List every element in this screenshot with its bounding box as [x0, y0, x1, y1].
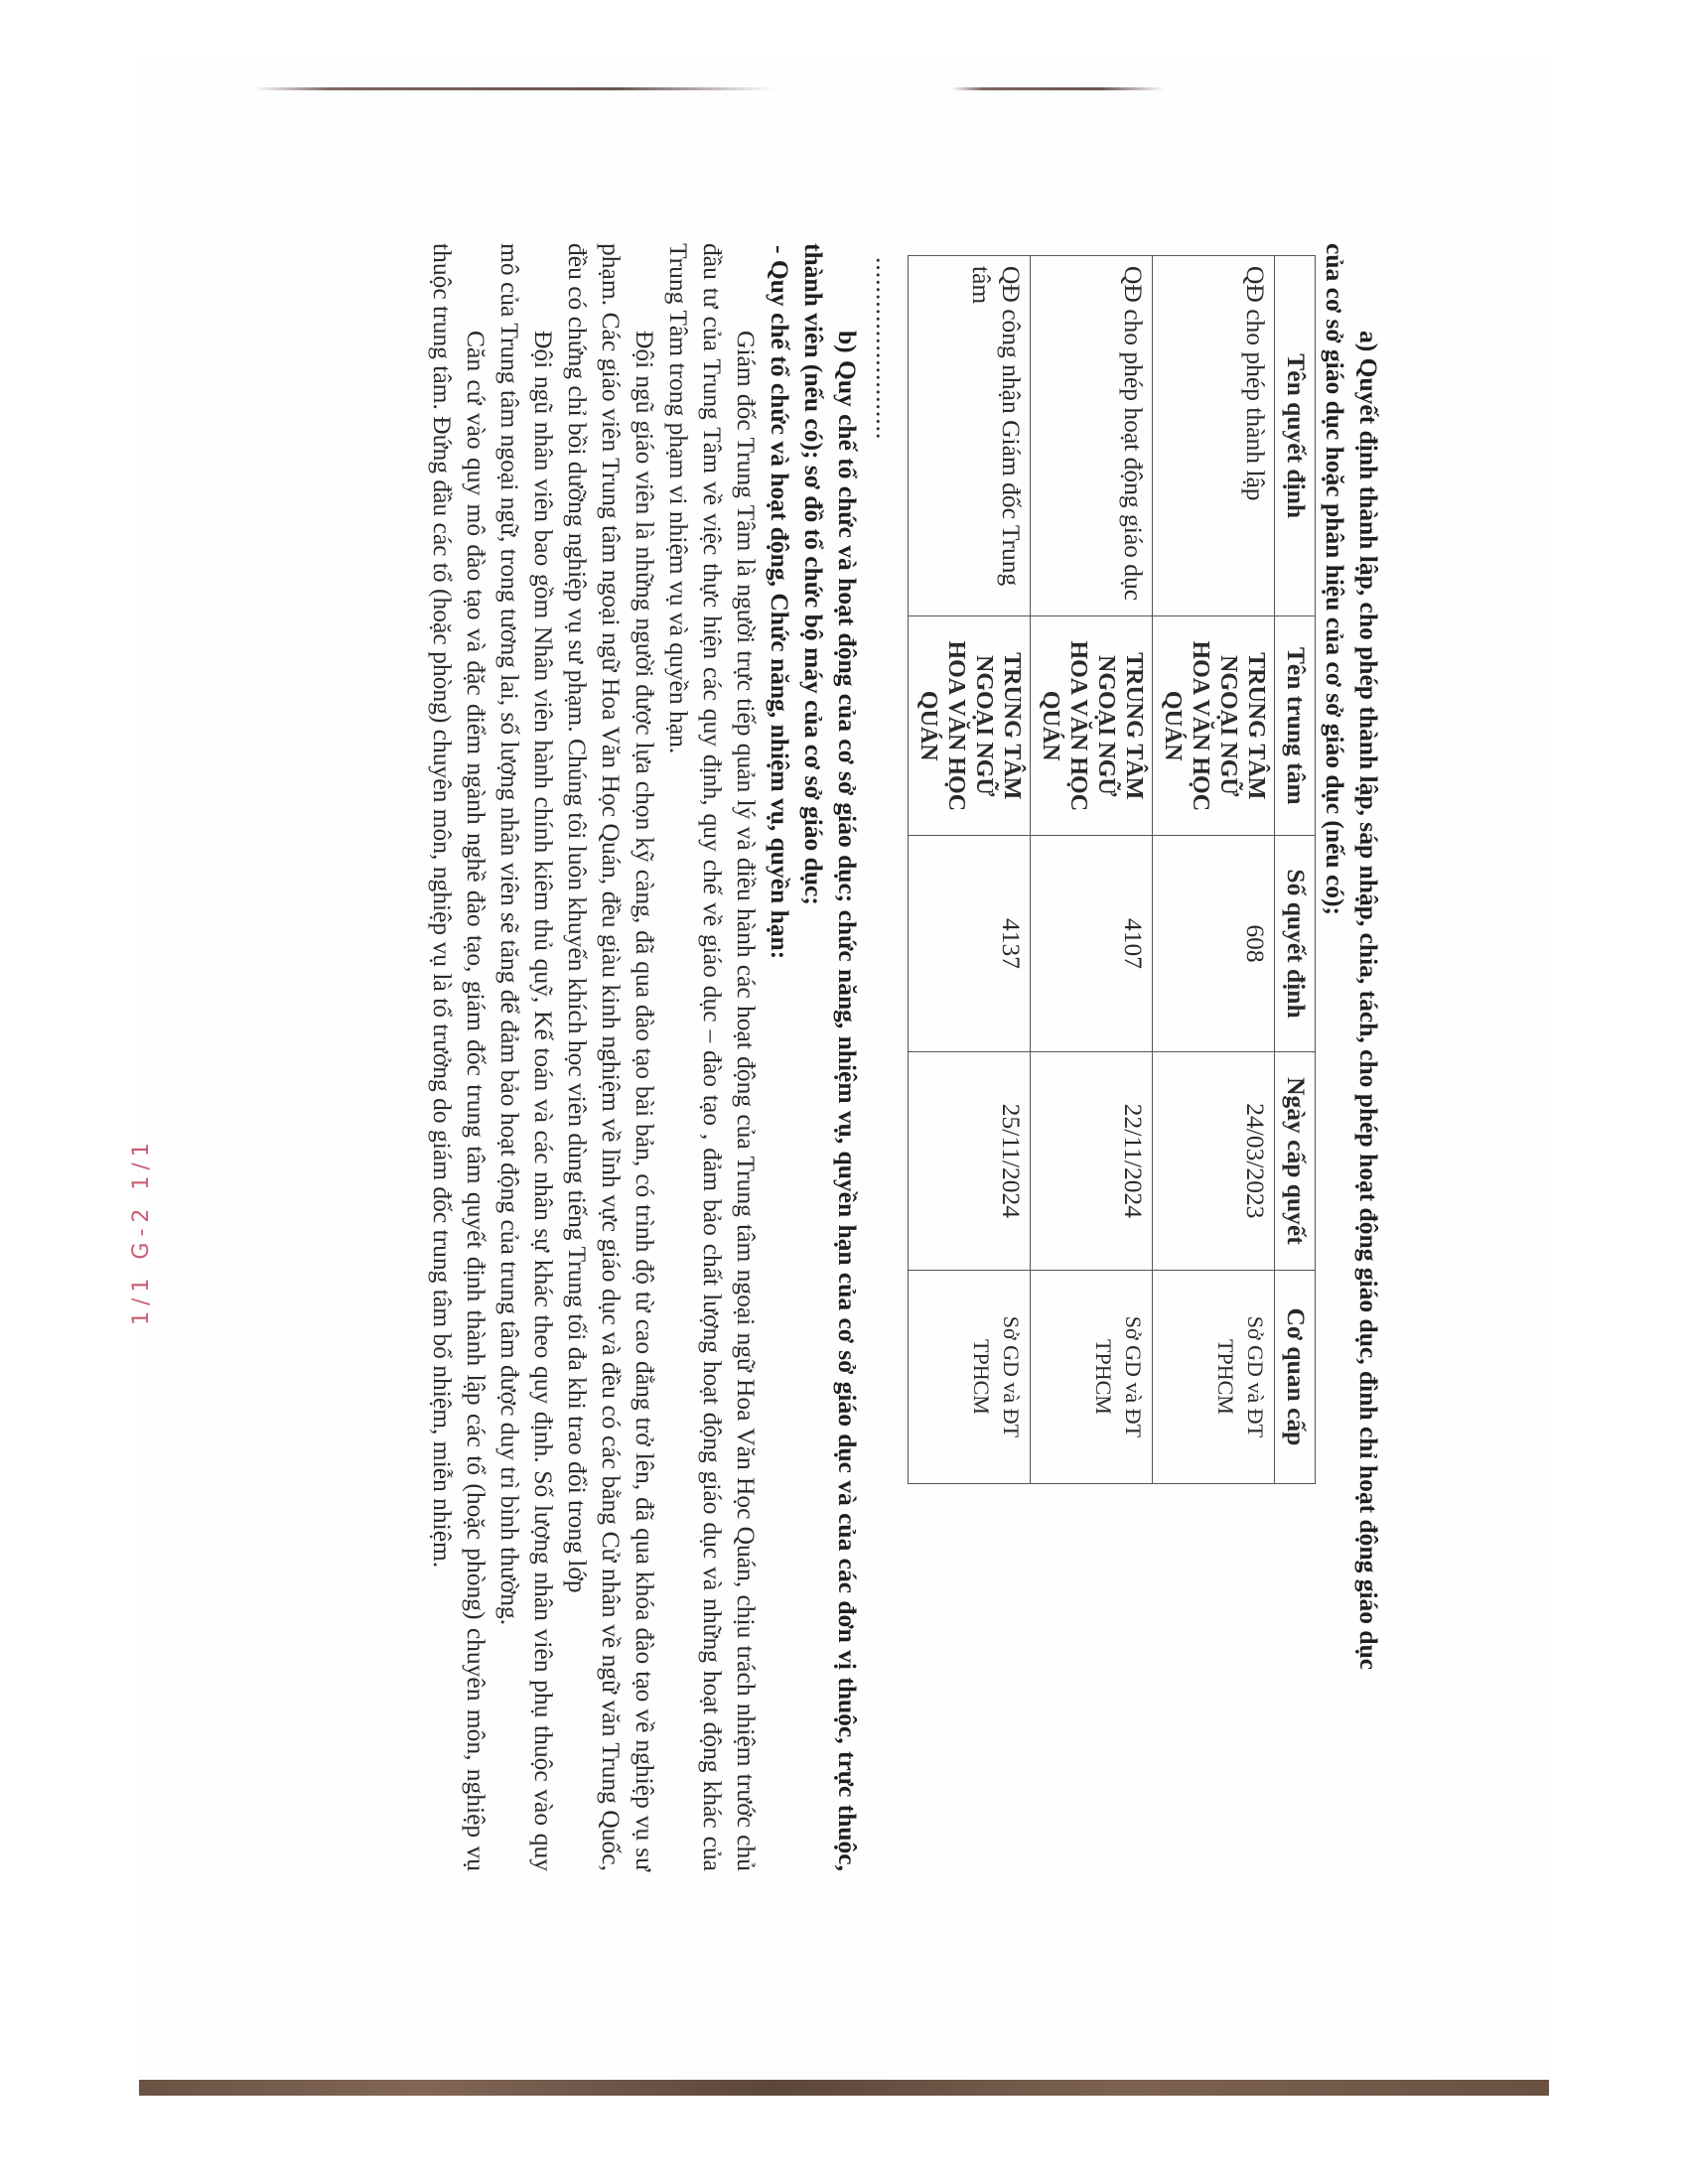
paragraph-departments: Căn cứ vào quy mô đào tạo và đặc điểm ng… — [425, 243, 492, 1871]
table-header-row: Tên quyết định Tên trung tâm Số quyết đị… — [1275, 256, 1316, 1484]
section-b: b) Quy chế tổ chức và hoạt động của cơ s… — [425, 243, 864, 1871]
cell-issue-date: 24/03/2023 — [1153, 1051, 1275, 1270]
decisions-table: Tên quyết định Tên trung tâm Số quyết đị… — [908, 255, 1316, 1484]
header-decision-name: Tên quyết định — [1275, 256, 1316, 616]
rotated-page: 1/1 G-2 1/1 a) Quyết định thành lập, cho… — [0, 0, 1688, 2184]
paragraph-director: Giám đốc Trung Tâm là người trực tiếp qu… — [661, 243, 763, 1871]
header-issuing-agency: Cơ quan cấp — [1275, 1270, 1316, 1483]
header-decision-number: Số quyết định — [1275, 836, 1316, 1052]
handwritten-mark: 1/1 G-2 1/1 — [129, 1127, 169, 1325]
paragraph-teachers: Đội ngũ giáo viên là những người được lự… — [560, 243, 661, 1871]
cell-decision-name: QĐ cho phép hoạt động giáo dục — [1031, 256, 1153, 616]
section-a-heading: a) Quyết định thành lập, cho phép thành … — [1351, 243, 1385, 1871]
cell-decision-name: QĐ cho phép thành lập — [1153, 256, 1275, 616]
table-row: QĐ công nhận Giám đốc Trung tâm TRUNG TÂ… — [909, 256, 1031, 1484]
section-a: a) Quyết định thành lập, cho phép thành … — [868, 243, 1385, 1871]
table-row: QĐ cho phép hoạt động giáo dục TRUNG TÂM… — [1031, 256, 1153, 1484]
table-row: QĐ cho phép thành lập TRUNG TÂM NGOẠI NG… — [1153, 256, 1275, 1484]
cell-decision-number: 608 — [1153, 836, 1275, 1052]
cell-issue-date: 22/11/2024 — [1031, 1051, 1153, 1270]
paragraph-staff: Đội ngũ nhân viên bao gồm Nhân viên hành… — [492, 243, 560, 1871]
cell-issuing-agency: Sở GD và ĐT TPHCM — [1031, 1270, 1153, 1483]
cell-issuing-agency: Sở GD và ĐT TPHCM — [909, 1270, 1031, 1483]
cell-issuing-agency: Sở GD và ĐT TPHCM — [1153, 1270, 1275, 1483]
cell-center-name: TRUNG TÂM NGOẠI NGỮ HOA VĂN HỌC QUÁN — [1153, 616, 1275, 836]
cell-center-name: TRUNG TÂM NGOẠI NGỮ HOA VĂN HỌC QUÁN — [1031, 616, 1153, 836]
cell-decision-name: QĐ công nhận Giám đốc Trung tâm — [909, 256, 1031, 616]
header-center-name: Tên trung tâm — [1275, 616, 1316, 836]
cell-issue-date: 25/11/2024 — [909, 1051, 1031, 1270]
cell-decision-number: 4137 — [909, 836, 1031, 1052]
section-b-bullet: - Quy chế tổ chức và hoạt động, Chức năn… — [763, 243, 796, 1871]
document-body: a) Quyết định thành lập, cho phép thành … — [425, 243, 1385, 1871]
cell-center-name: TRUNG TÂM NGOẠI NGỮ HOA VĂN HỌC QUÁN — [909, 616, 1031, 836]
cell-decision-number: 4107 — [1031, 836, 1153, 1052]
section-a-heading-cont: của cơ sở giáo dục hoặc phân hiệu của cơ… — [1318, 243, 1351, 1871]
section-b-heading: b) Quy chế tổ chức và hoạt động của cơ s… — [796, 243, 864, 1871]
placeholder-dots: ......................... — [868, 257, 902, 1871]
header-issue-date: Ngày cấp quyết — [1275, 1051, 1316, 1270]
